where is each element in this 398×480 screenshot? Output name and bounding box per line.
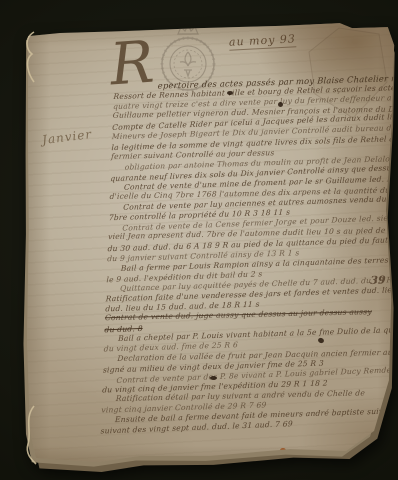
binding-thread	[20, 30, 42, 86]
manuscript-page: R au moy 93 Janvier epertoire des actes …	[24, 20, 396, 468]
binding-thread	[22, 404, 42, 466]
ink-blot	[227, 91, 233, 95]
manuscript-stack: R au moy 93 Janvier epertoire des actes …	[24, 20, 396, 468]
ink-blot	[210, 376, 217, 380]
folio-annotation: au moy 93	[229, 32, 297, 50]
ink-blot	[278, 102, 283, 107]
manuscript-text-block: epertoire des actes passés par moy Blais…	[100, 73, 389, 436]
archive-photo: R au moy 93 Janvier epertoire des actes …	[0, 0, 398, 480]
fleur-de-lis-icon	[180, 52, 196, 76]
margin-note-janvier: Janvier	[41, 127, 92, 147]
